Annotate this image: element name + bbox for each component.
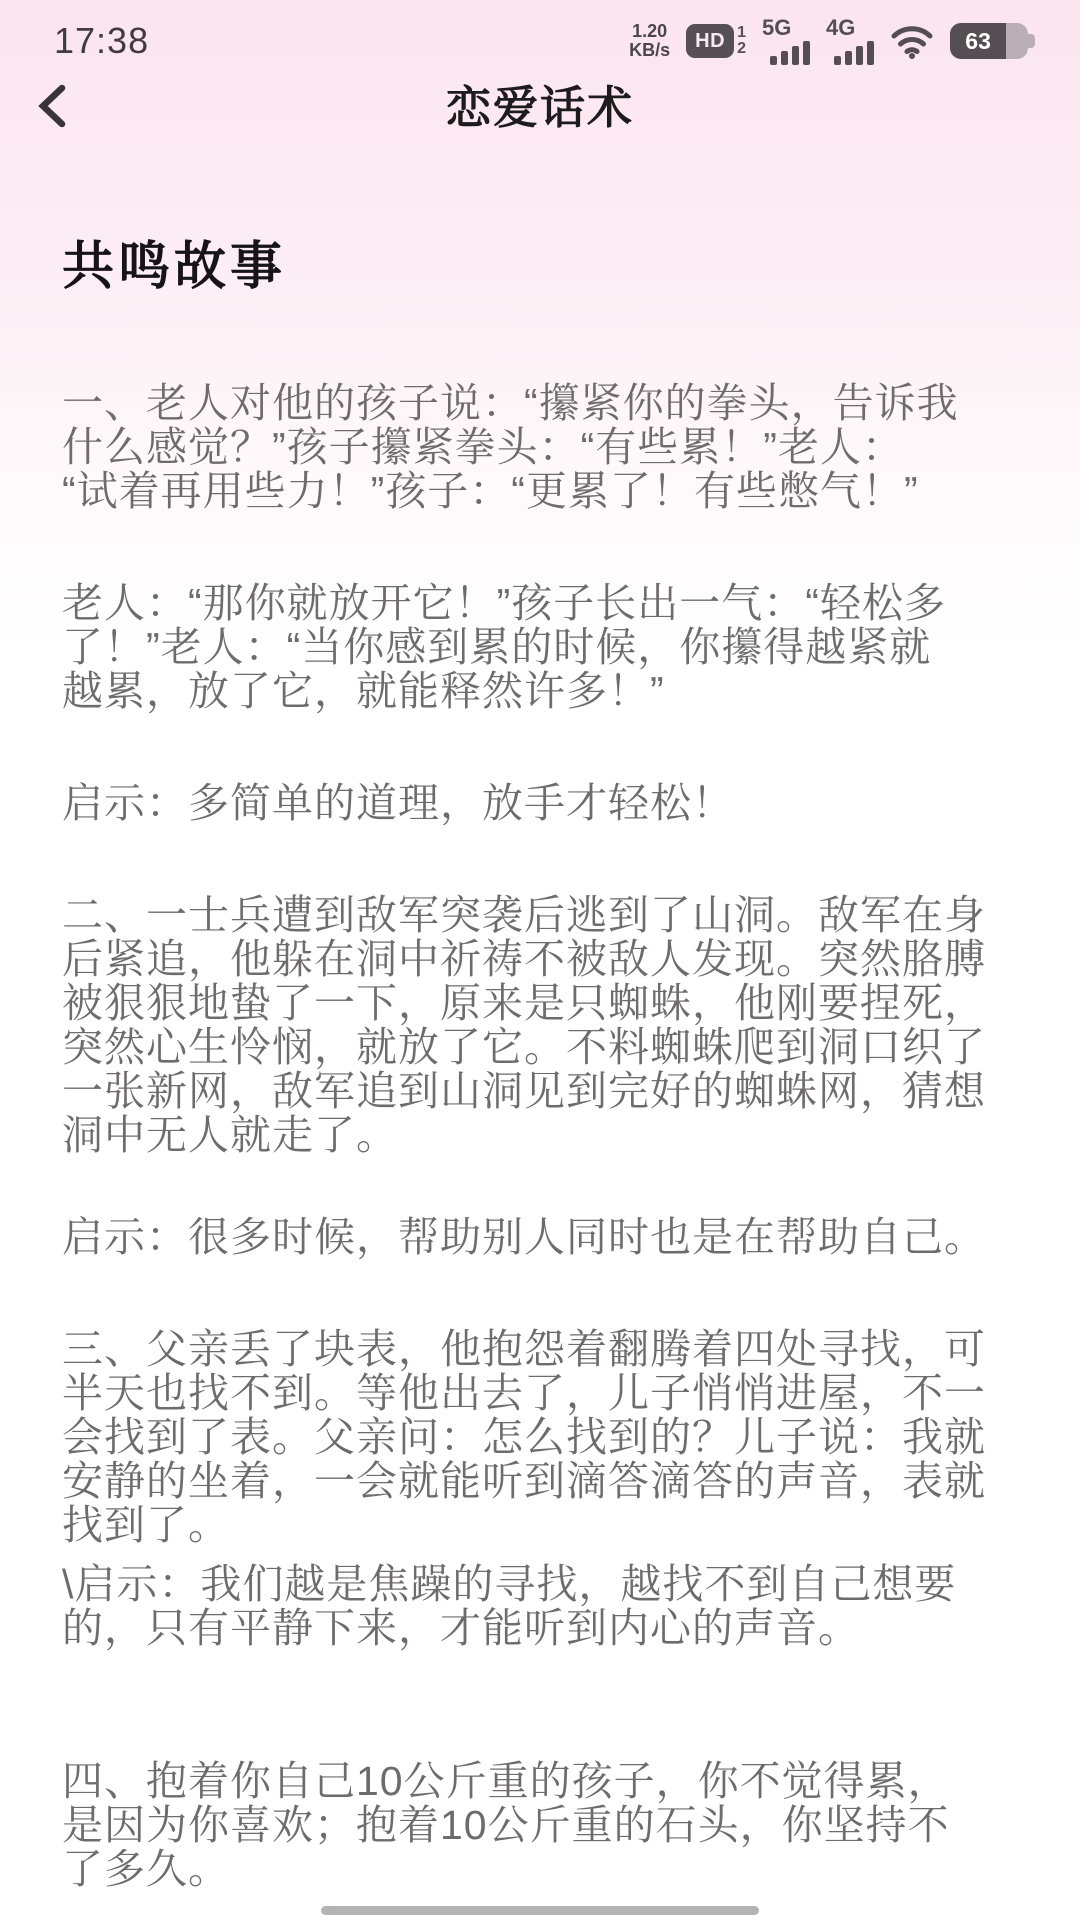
section-title: 共鸣故事 xyxy=(62,237,1018,297)
signal-bar xyxy=(845,51,852,65)
network-speed-unit: KB/s xyxy=(629,41,670,60)
status-time: 17:38 xyxy=(54,20,149,62)
app-screen: 17:38 1.20 KB/s HD 1 2 5G xyxy=(0,0,1080,1920)
network-speed-indicator: 1.20 KB/s xyxy=(629,22,670,60)
status-bar: 17:38 1.20 KB/s HD 1 2 5G xyxy=(0,0,1080,74)
insight-paragraph-1: 启示：多简单的道理，放手才轻松！ xyxy=(62,781,1018,825)
signal-bar xyxy=(867,41,874,65)
battery-icon: 63 xyxy=(950,23,1028,59)
status-icons-cluster: 1.20 KB/s HD 1 2 5G 4G xyxy=(629,18,1028,65)
battery-percent: 63 xyxy=(965,28,991,55)
sim2-label: 2 xyxy=(737,41,746,57)
signal-bar xyxy=(856,46,863,65)
network-speed-value: 1.20 xyxy=(632,22,667,41)
signal-bars-4g-icon xyxy=(834,41,874,65)
signal-bar xyxy=(834,56,841,65)
signal-bar xyxy=(803,41,810,65)
insight-paragraph-2: 启示：很多时候，帮助别人同时也是在帮助自己。 xyxy=(62,1215,1018,1259)
home-indicator[interactable] xyxy=(321,1906,759,1915)
signal-5g-indicator: 5G xyxy=(762,18,810,65)
signal-5g-label: 5G xyxy=(762,18,791,38)
signal-bar xyxy=(781,51,788,65)
signal-bars-5g-icon xyxy=(770,41,810,65)
wifi-icon xyxy=(890,23,934,59)
article-content[interactable]: 共鸣故事 一、老人对他的孩子说：“攥紧你的拳头，告诉我 什么感觉？”孩子攥紧拳头… xyxy=(0,138,1080,1891)
hd-badge-icon: HD xyxy=(686,24,734,58)
volte-hd-indicator: HD 1 2 xyxy=(686,24,746,58)
insight-paragraph-3: \启示：我们越是焦躁的寻找，越找不到自己想要 的，只有平静下来，才能听到内心的声… xyxy=(62,1562,1018,1650)
story-paragraph-3: 二、一士兵遭到敌军突袭后逃到了山洞。敌军在身 后紧追，他躲在洞中祈祷不被敌人发现… xyxy=(62,893,1018,1157)
signal-bar xyxy=(770,56,777,65)
story-paragraph-2: 老人：“那你就放开它！”孩子长出一气：“轻松多 了！”老人：“当你感到累的时候，… xyxy=(62,581,1018,713)
signal-4g-label: 4G xyxy=(826,18,855,38)
sim1-label: 1 xyxy=(737,25,746,41)
story-paragraph-5: 四、抱着你自己10公斤重的孩子，你不觉得累， 是因为你喜欢；抱着10公斤重的石头… xyxy=(62,1759,1018,1891)
nav-bar: 恋爱话术 xyxy=(0,74,1080,138)
battery-fill: 63 xyxy=(950,23,1006,59)
battery-cap xyxy=(1028,34,1035,48)
signal-4g-indicator: 4G xyxy=(826,18,874,65)
signal-bar xyxy=(792,46,799,65)
story-paragraph-4: 三、父亲丢了块表，他抱怨着翻腾着四处寻找，可 半天也找不到。等他出去了，儿子悄悄… xyxy=(62,1327,1018,1547)
story-paragraph-1: 一、老人对他的孩子说：“攥紧你的拳头，告诉我 什么感觉？”孩子攥紧拳头：“有些累… xyxy=(62,381,1018,513)
dual-sim-indicator: 1 2 xyxy=(737,25,746,57)
page-title: 恋爱话术 xyxy=(0,71,1080,136)
